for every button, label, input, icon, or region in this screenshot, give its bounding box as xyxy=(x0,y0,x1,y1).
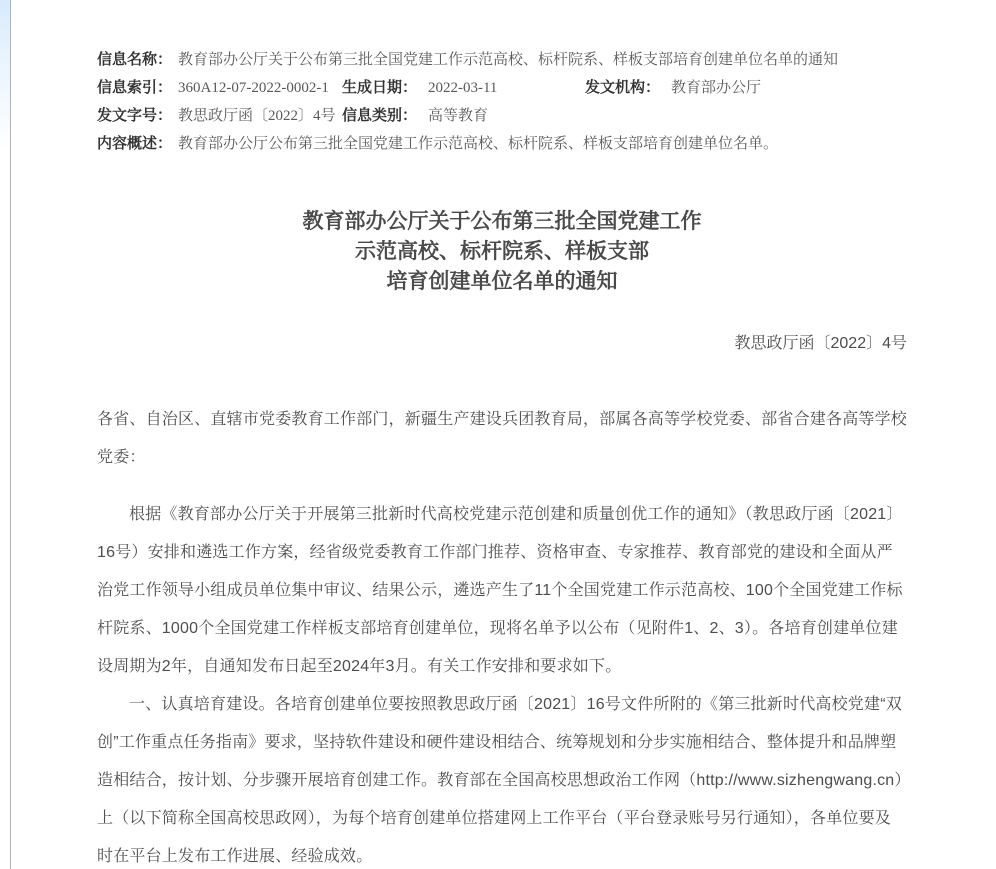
doc-number-value: 教思政厅函〔2022〕4号 xyxy=(178,102,342,130)
document-body: 各省、自治区、直辖市党委教育工作部门，新疆生产建设兵团教育局，部属各高等学校党委… xyxy=(97,401,907,869)
metadata-row-summary: 内容概述：教育部办公厅公布第三批全国党建工作示范高校、标杆院系、样板支部培育创建… xyxy=(97,130,907,158)
document-reference-number: 教思政厅函〔2022〕4号 xyxy=(97,333,907,355)
document-title: 教育部办公厅关于公布第三批全国党建工作 示范高校、标杆院系、样板支部 培育创建单… xyxy=(97,207,907,297)
info-name-label: 信息名称： xyxy=(97,46,178,74)
metadata-row-name: 信息名称：教育部办公厅关于公布第三批全国党建工作示范高校、标杆院系、样板支部培育… xyxy=(97,46,907,74)
issuing-agency-value: 教育部办公厅 xyxy=(671,80,761,96)
body-paragraph-2: 一、认真培育建设。各培育创建单位要按照教思政厅函〔2021〕16号文件所附的《第… xyxy=(97,686,907,869)
info-category-value: 高等教育 xyxy=(428,108,488,124)
body-paragraph-greeting: 各省、自治区、直辖市党委教育工作部门，新疆生产建设兵团教育局，部属各高等学校党委… xyxy=(97,401,907,477)
doc-number-label: 发文字号： xyxy=(97,102,178,130)
content-summary-value: 教育部办公厅公布第三批全国党建工作示范高校、标杆院系、样板支部培育创建单位名单。 xyxy=(178,136,778,152)
content-summary-label: 内容概述： xyxy=(97,130,178,158)
info-category-label: 信息类别： xyxy=(342,102,428,130)
info-name-value: 教育部办公厅关于公布第三批全国党建工作示范高校、标杆院系、样板支部培育创建单位名… xyxy=(178,52,838,68)
document-text-column: 信息名称：教育部办公厅关于公布第三批全国党建工作示范高校、标杆院系、样板支部培育… xyxy=(97,46,907,869)
metadata-row-index: 信息索引：360A12-07-2022-0002-1生成日期：2022-03-1… xyxy=(97,74,907,102)
issuing-agency-label: 发文机构： xyxy=(585,74,671,102)
document-title-line-2: 示范高校、标杆院系、样板支部 xyxy=(97,237,907,267)
document-page: 信息名称：教育部办公厅关于公布第三批全国党建工作示范高校、标杆院系、样板支部培育… xyxy=(11,0,996,869)
metadata-row-docno: 发文字号：教思政厅函〔2022〕4号信息类别：高等教育 xyxy=(97,102,907,130)
metadata-block: 信息名称：教育部办公厅关于公布第三批全国党建工作示范高校、标杆院系、样板支部培育… xyxy=(97,46,907,158)
info-index-label: 信息索引： xyxy=(97,74,178,102)
body-paragraph-1: 根据《教育部办公厅关于开展第三批新时代高校党建示范创建和质量创优工作的通知》（教… xyxy=(97,496,907,686)
document-title-line-1: 教育部办公厅关于公布第三批全国党建工作 xyxy=(97,207,907,237)
generated-date-value: 2022-03-11 xyxy=(428,74,585,102)
document-title-line-3: 培育创建单位名单的通知 xyxy=(97,267,907,297)
generated-date-label: 生成日期： xyxy=(342,74,428,102)
info-index-value: 360A12-07-2022-0002-1 xyxy=(178,74,342,102)
page-left-gradient xyxy=(0,0,10,869)
